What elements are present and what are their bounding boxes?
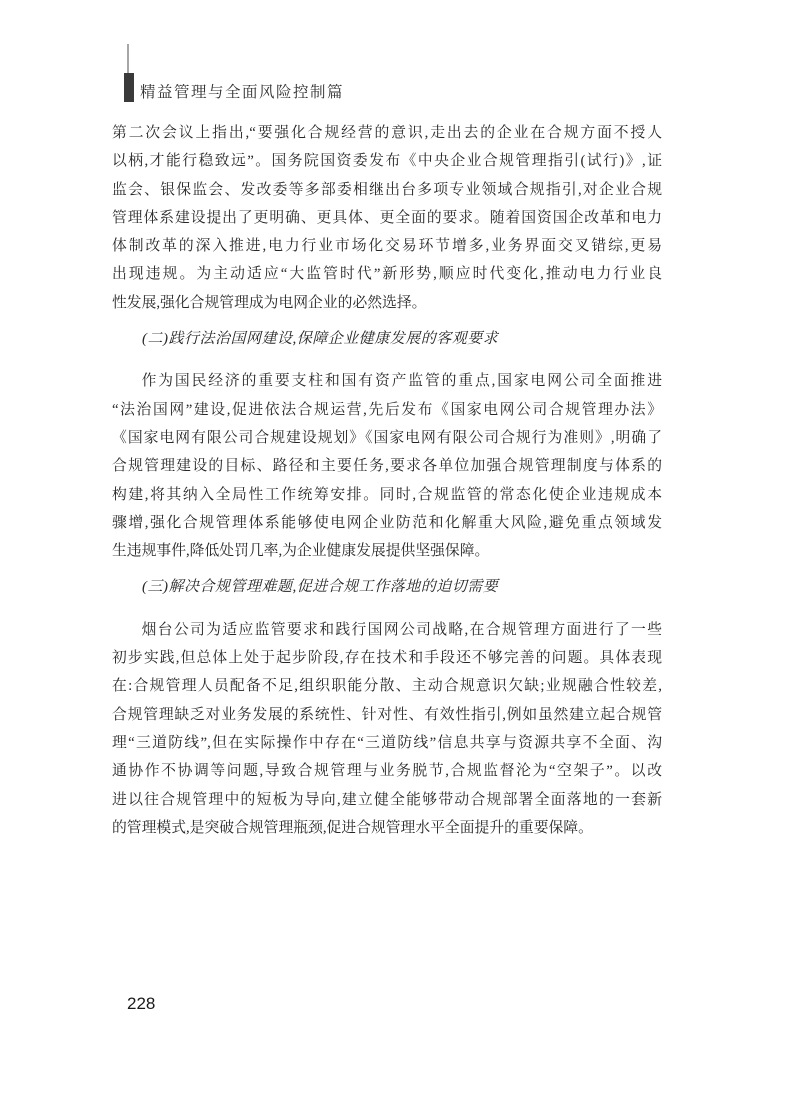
- text-line: 进以往合规管理中的短板为导向,建立健全能够带动合规部署全面落地的一套新: [112, 786, 662, 814]
- chapter-title: 精益管理与全面风险控制篇: [140, 83, 344, 102]
- text-line: 《国家电网有限公司合规建设规划》《国家电网有限公司合规行为准则》,明确了: [112, 424, 662, 452]
- paragraph-continuation: 第二次会议上指出,“要强化合规经营的意识,走出去的企业在合规方面不授人以柄,才能…: [112, 119, 662, 317]
- text-line: 理“三道防线”,但在实际操作中存在“三道防线”信息共享与资源共享不全面、沟: [112, 729, 662, 757]
- text-line: 初步实践,但总体上处于起步阶段,存在技术和手段还不够完善的问题。具体表现: [112, 644, 662, 672]
- text-line: 的管理模式,是突破合规管理瓶颈,促进合规管理水平全面提升的重要保障。: [112, 814, 662, 842]
- text-line: 第二次会议上指出,“要强化合规经营的意识,走出去的企业在合规方面不授人: [112, 119, 662, 147]
- page-number: 228: [127, 994, 155, 1014]
- text-line: 构建,将其纳入全局性工作统筹安排。同时,合规监管的常态化使企业违规成本: [112, 481, 662, 509]
- text-line: “法治国网”建设,促进依法合规运营,先后发布《国家电网公司合规管理办法》: [112, 396, 662, 424]
- paragraph-section-3: 烟台公司为适应监管要求和践行国网公司战略,在合规管理方面进行了一些初步实践,但总…: [112, 616, 662, 842]
- paragraph-section-2: 作为国民经济的重要支柱和国有资产监管的重点,国家电网公司全面推进“法治国网”建设…: [112, 367, 662, 565]
- text-line: 通协作不协调等问题,导致合规管理与业务脱节,合规监督沦为“空架子”。以改: [112, 757, 662, 785]
- text-line: 合规管理缺乏对业务发展的系统性、针对性、有效性指引,例如虽然建立起合规管: [112, 701, 662, 729]
- text-line: 性发展,强化合规管理成为电网企业的必然选择。: [112, 289, 662, 317]
- header-tick-line: [127, 44, 129, 74]
- text-line: 监会、银保监会、发改委等多部委相继出台多项专业领域合规指引,对企业合规: [112, 176, 662, 204]
- text-line: 骤增,强化合规管理体系能够使电网企业防范和化解重大风险,避免重点领域发: [112, 509, 662, 537]
- text-line: 作为国民经济的重要支柱和国有资产监管的重点,国家电网公司全面推进: [112, 367, 662, 395]
- text-line: 生违规事件,降低处罚几率,为企业健康发展提供坚强保障。: [112, 537, 662, 565]
- text-line: 以柄,才能行稳致远”。国务院国资委发布《中央企业合规管理指引(试行)》,证: [112, 147, 662, 175]
- page-body: 第二次会议上指出,“要强化合规经营的意识,走出去的企业在合规方面不授人以柄,才能…: [112, 119, 662, 842]
- text-line: 在:合规管理人员配备不足,组织职能分散、主动合规意识欠缺;业规融合性较差,: [112, 672, 662, 700]
- header-bar-marker: [124, 73, 134, 102]
- text-line: 体制改革的深入推进,电力行业市场化交易环节增多,业务界面交叉错综,更易: [112, 232, 662, 260]
- text-line: 出现违规。为主动适应“大监管时代”新形势,顺应时代变化,推动电力行业良: [112, 260, 662, 288]
- text-line: 烟台公司为适应监管要求和践行国网公司战略,在合规管理方面进行了一些: [112, 616, 662, 644]
- section-heading-3: (三)解决合规管理难题,促进合规工作落地的迫切需要: [112, 573, 662, 601]
- text-line: 合规管理建设的目标、路径和主要任务,要求各单位加强合规管理制度与体系的: [112, 452, 662, 480]
- text-line: 管理体系建设提出了更明确、更具体、更全面的要求。随着国资国企改革和电力: [112, 204, 662, 232]
- document-page: 精益管理与全面风险控制篇 第二次会议上指出,“要强化合规经营的意识,走出去的企业…: [0, 0, 800, 1118]
- section-heading-2: (二)践行法治国网建设,保障企业健康发展的客观要求: [112, 325, 662, 353]
